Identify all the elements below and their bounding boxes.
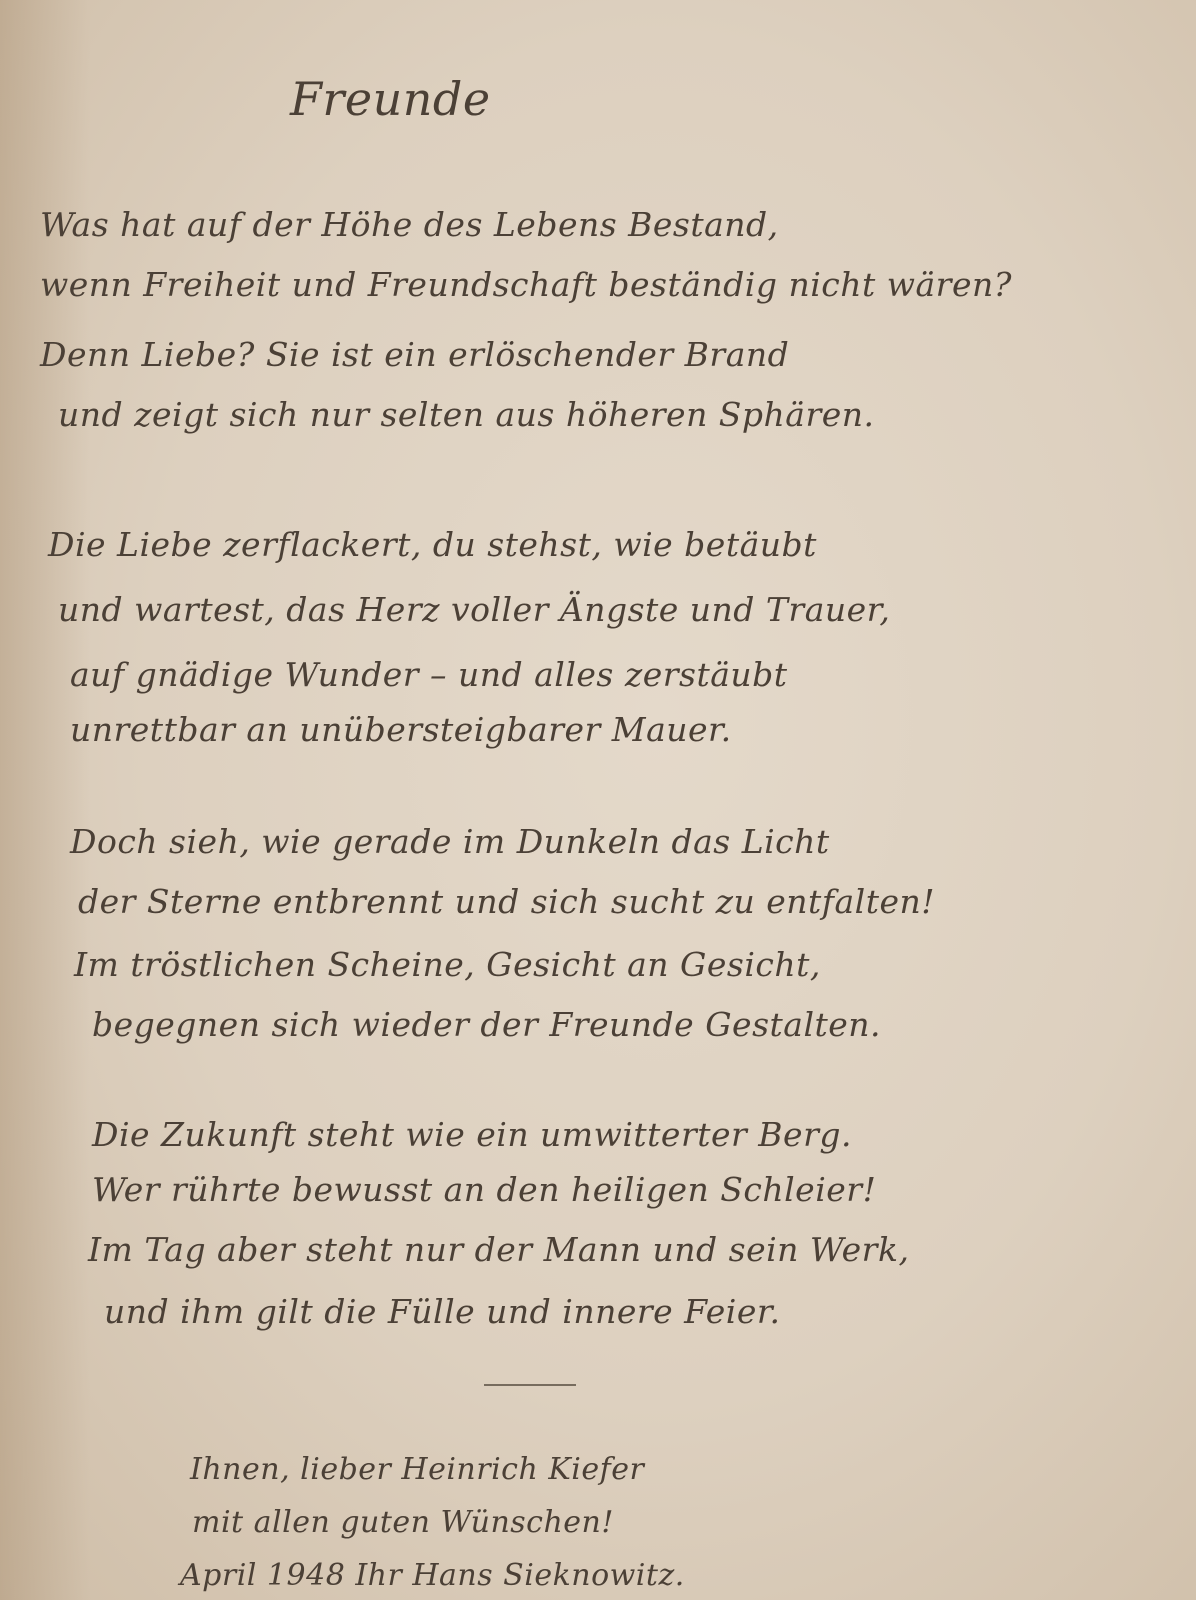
poem-line: der Sterne entbrennt und sich sucht zu e… (78, 882, 935, 921)
dedication-line: mit allen guten Wünschen! (192, 1505, 614, 1540)
poem-line: und wartest, das Herz voller Ängste und … (58, 590, 890, 629)
handwritten-page: Freunde Was hat auf der Höhe des Lebens … (0, 0, 1196, 1600)
poem-line: Im Tag aber steht nur der Mann und sein … (88, 1230, 909, 1269)
poem-line: und ihm gilt die Fülle und innere Feier. (104, 1292, 781, 1331)
poem-line: unrettbar an unübersteigbarer Mauer. (70, 710, 732, 749)
divider-line (484, 1384, 576, 1386)
poem-line: auf gnädige Wunder – und alles zerstäubt (70, 655, 788, 694)
poem-line: und zeigt sich nur selten aus höheren Sp… (58, 395, 875, 434)
poem-line: Die Zukunft steht wie ein umwitterter Be… (92, 1115, 852, 1154)
signature-line: April 1948 Ihr Hans Sieknowitz. (180, 1558, 685, 1593)
poem-title: Freunde (290, 72, 491, 126)
poem-line: Die Liebe zerflackert, du stehst, wie be… (48, 525, 817, 564)
poem-line: Denn Liebe? Sie ist ein erlöschender Bra… (40, 335, 789, 374)
poem-line: Doch sieh, wie gerade im Dunkeln das Lic… (70, 822, 830, 861)
poem-line: begegnen sich wieder der Freunde Gestalt… (92, 1005, 881, 1044)
poem-line: Im tröstlichen Scheine, Gesicht an Gesic… (74, 945, 821, 984)
poem-line: Was hat auf der Höhe des Lebens Bestand, (40, 205, 779, 244)
poem-line: Wer rührte bewusst an den heiligen Schle… (92, 1170, 876, 1209)
dedication-line: Ihnen, lieber Heinrich Kiefer (190, 1452, 644, 1487)
poem-line: wenn Freiheit und Freundschaft beständig… (40, 265, 1012, 304)
